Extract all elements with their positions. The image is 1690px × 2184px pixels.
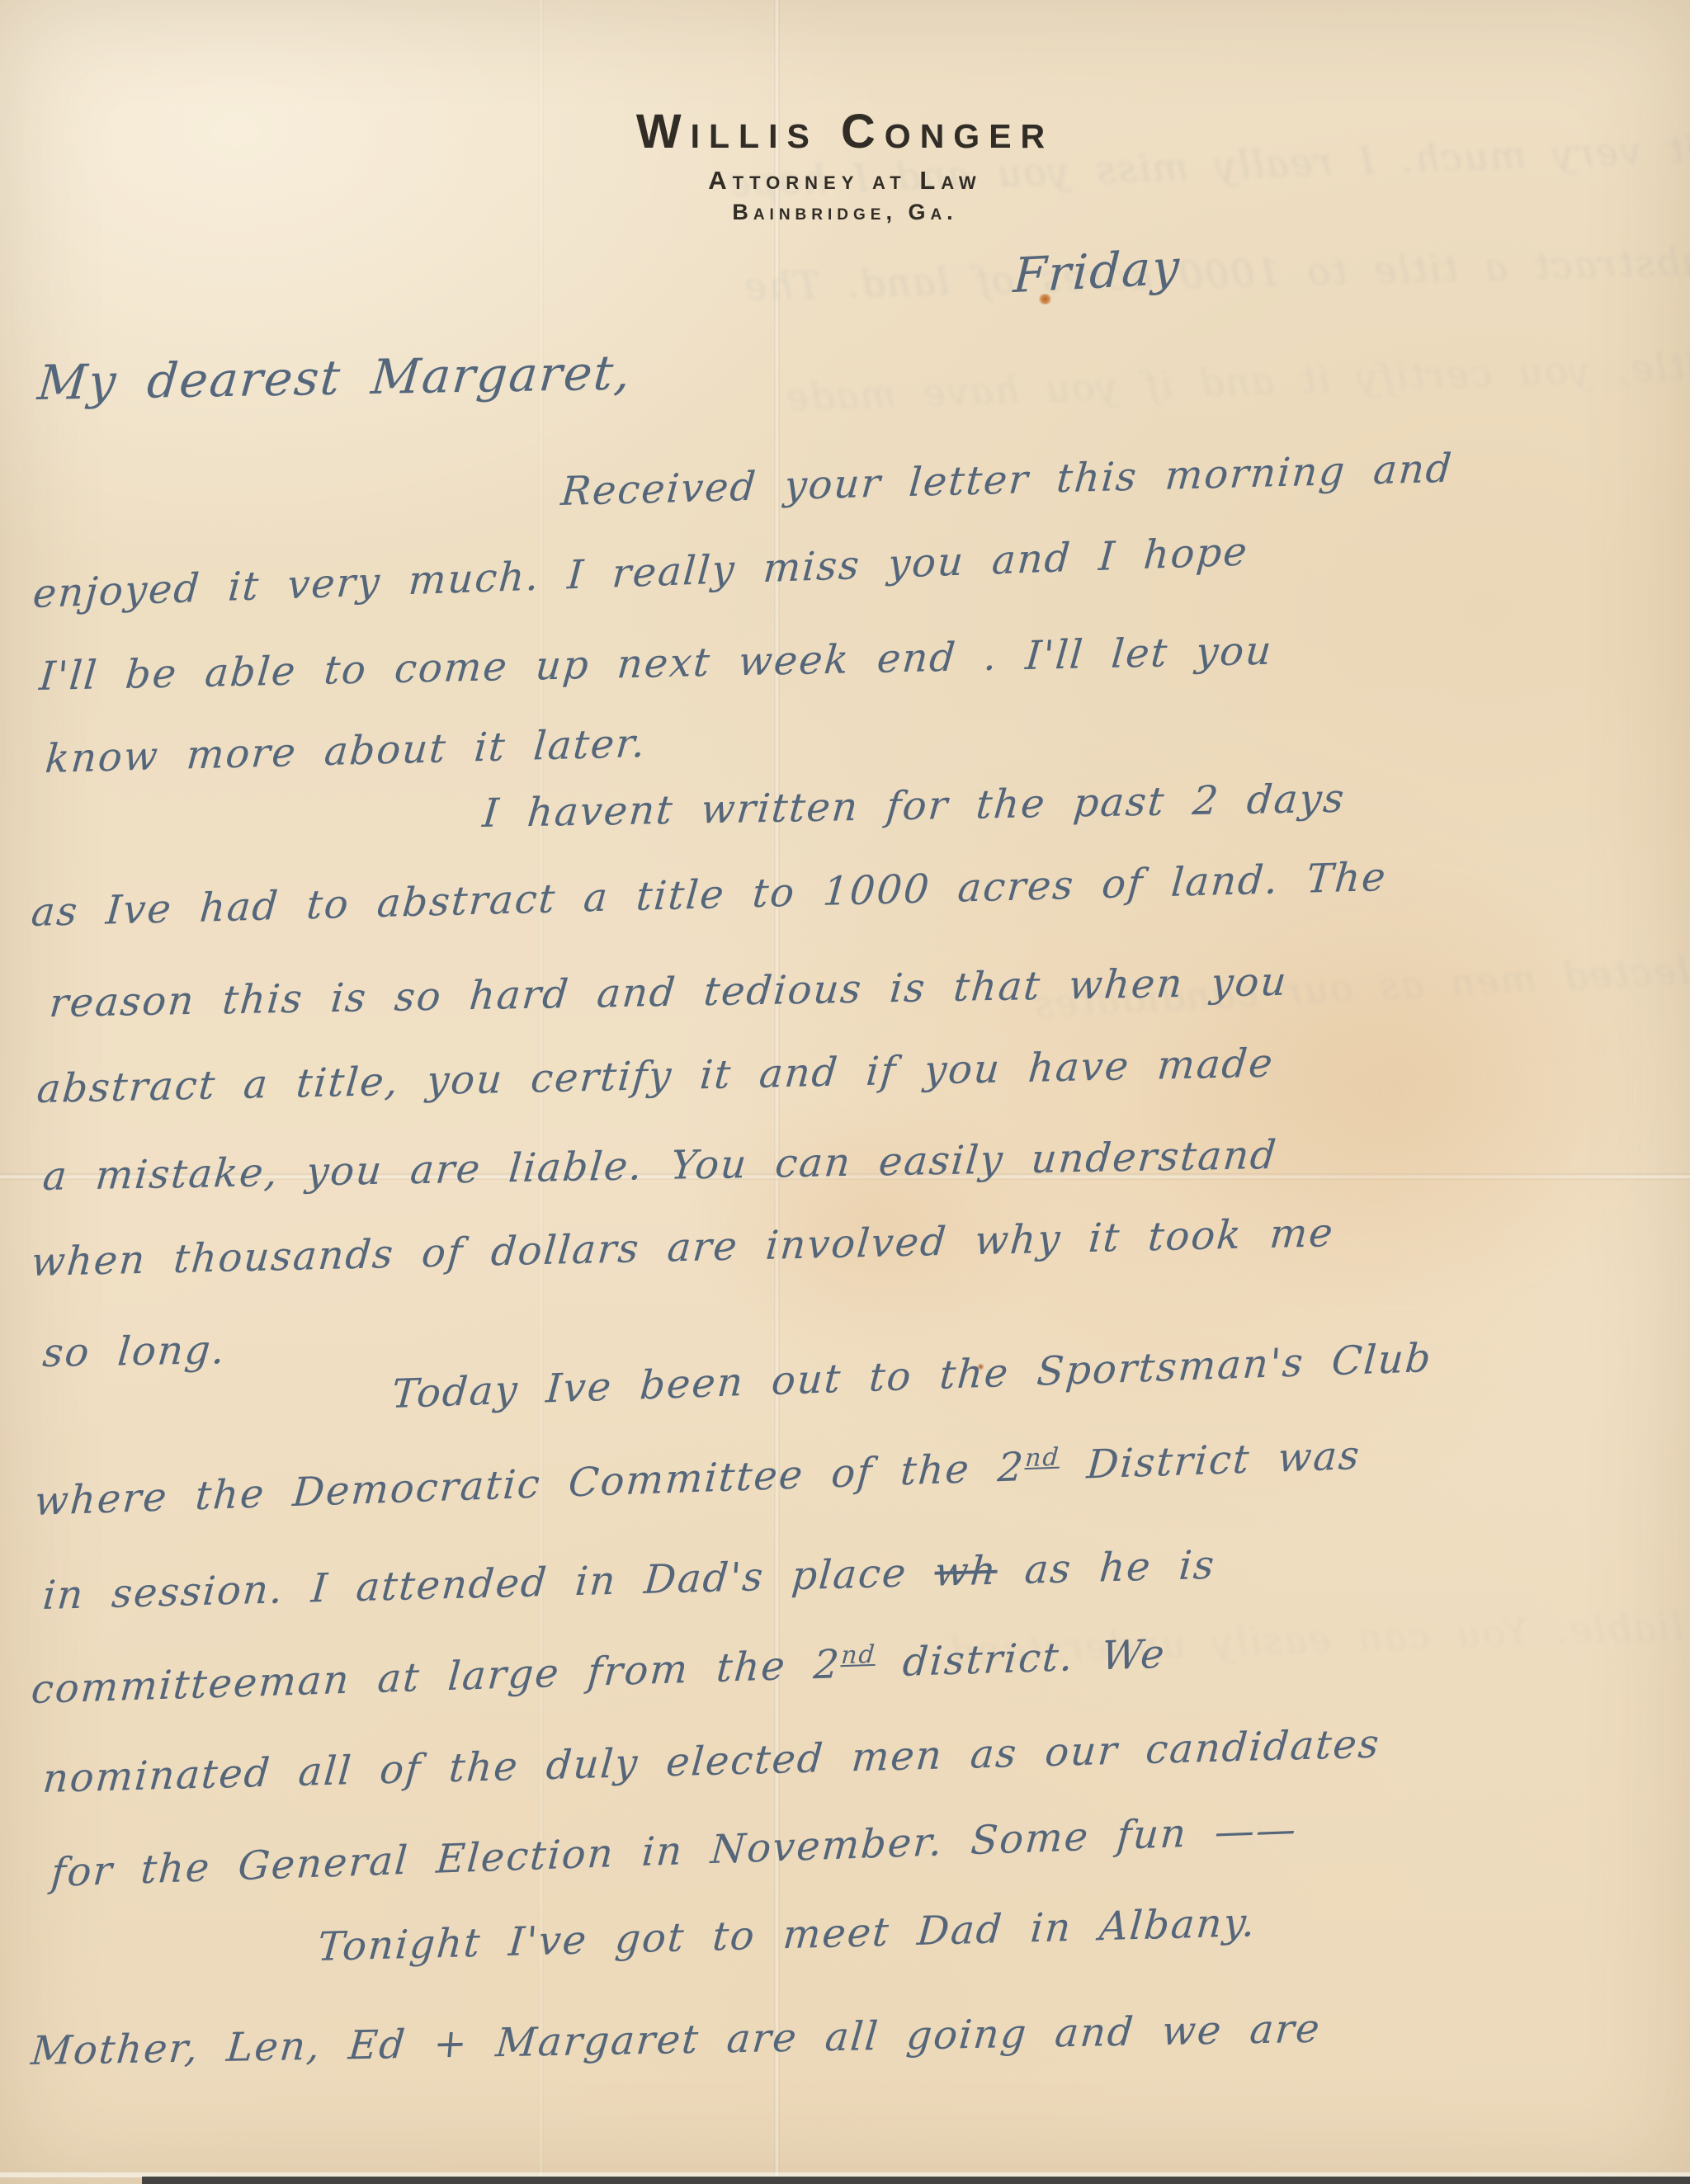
line-14-text-cont: as he is (995, 1542, 1217, 1594)
line-14-text: in session. I attended in Dad's place (41, 1550, 937, 1619)
handwriting-line-11: so long. (41, 1327, 229, 1376)
handwriting-line-8: abstract a title, you certify it and if … (35, 1040, 1276, 1113)
handwriting-line-19: Mother, Len, Ed + Margaret are all going… (30, 2006, 1324, 2074)
date-line: Friday (1012, 238, 1182, 304)
line-15-text: committeeman at large from the 2 (30, 1641, 843, 1713)
handwriting-line-18: Tonight I've got to meet Dad in Albany. (316, 1899, 1258, 1970)
handwriting-line-1: Received your letter this morning and (559, 446, 1455, 515)
letterhead: Willis Conger Attorney at Law Bainbridge… (0, 104, 1690, 225)
letterhead-location: Bainbridge, Ga. (0, 200, 1690, 225)
handwriting-line-17: for the General Election in November. So… (50, 1806, 1299, 1896)
line-13-text: where the Democratic Committee of the 2 (33, 1444, 1027, 1525)
ordinal-superscript: nd (840, 1640, 877, 1670)
line-15-text-cont: district. We (874, 1631, 1168, 1686)
handwriting-line-16: nominated all of the duly elected men as… (41, 1720, 1382, 1802)
line-13-text-cont: District was (1058, 1432, 1362, 1489)
handwriting-line-4: know more about it later. (44, 720, 649, 782)
bleedthrough-text: as Ive had to abstract a title to 1000 a… (743, 231, 1690, 309)
handwriting-line-2: enjoyed it very much. I really miss you … (31, 528, 1250, 617)
scan-edge-shadow (142, 2177, 1690, 2184)
handwriting-line-13: where the Democratic Committee of the 2n… (33, 1432, 1362, 1525)
handwriting-line-5: I havent written for the past 2 days (481, 776, 1348, 837)
letterhead-name: Willis Conger (0, 104, 1690, 159)
handwriting-line-3: I'll be able to come up next week end . … (38, 628, 1275, 700)
handwriting-line-12: Today Ive been out to the Sportsman's Cl… (390, 1335, 1433, 1417)
handwriting-line-6: as Ive had to abstract a title to 1000 a… (30, 854, 1389, 936)
salutation: My dearest Margaret, (35, 344, 634, 411)
handwriting-line-9: a mistake, you are liable. You can easil… (41, 1132, 1280, 1200)
letterhead-title: Attorney at Law (0, 166, 1690, 196)
ordinal-superscript: nd (1024, 1443, 1061, 1474)
letter-page: enjoyed it very much. I really miss you … (0, 0, 1690, 2184)
handwriting-line-15: committeeman at large from the 2nd distr… (30, 1631, 1168, 1713)
bleedthrough-text: abstract a title, you certify it and if … (783, 334, 1690, 420)
handwriting-line-10: when thousands of dollars are involved w… (30, 1210, 1336, 1285)
crossed-out-word: wh (932, 1548, 998, 1596)
handwriting-line-14: in session. I attended in Dad's place wh… (41, 1542, 1217, 1619)
